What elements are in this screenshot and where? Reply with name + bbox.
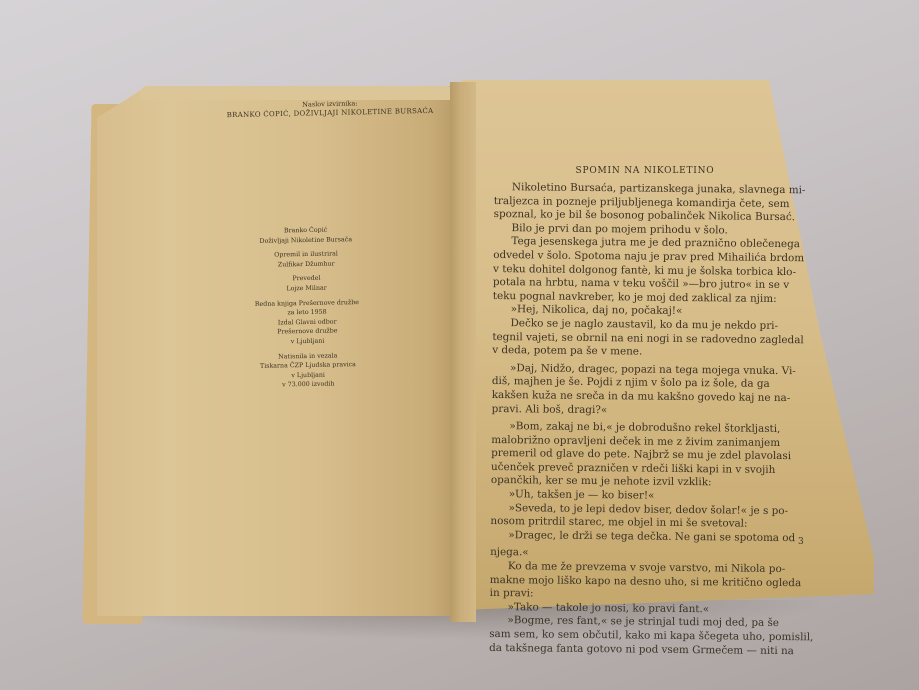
imprint-line: v Ljubljani [237,336,377,348]
chapter-body-text: Nikoletino Bursaća, partizanskega junaka… [489,181,816,659]
imprint-line: Doživljaji Nikoletine Bursača [236,234,376,246]
chapter-title: SPOMIN NA NIKOLETINO [540,166,750,176]
imprint-group: Redna knjiga Prešernove družbeza leto 19… [237,297,378,347]
open-book: Naslov izvirnika: BRANKO ĆOPIĆ, DOŽIVLJA… [0,0,919,690]
book-gutter [450,82,476,622]
imprint-group: PrevedelLojze Milnar [236,273,376,295]
imprint-group: Natisnila in vezalaTiskarna ČZP Ljudska … [238,350,379,391]
imprint-line: Lojze Milnar [237,283,377,295]
text-line: »Dragec, le drži se tega dečka. Ne gani … [490,529,812,546]
imprint-group: Opremil in ilustriralZulfikar Džumhur [236,249,376,271]
page-number: 3 [798,537,804,547]
imprint-group: Branko ĆopićDoživljaji Nikoletine Bursač… [236,225,376,247]
imprint-line: Zulfikar Džumhur [236,259,376,271]
text-line: da takšnega fanta gotovo ni pod vsem Grm… [489,642,811,659]
imprint-block: Branko ĆopićDoživljaji Nikoletine Bursač… [236,225,379,396]
imprint-line: v 73.000 izvodih [238,379,378,391]
